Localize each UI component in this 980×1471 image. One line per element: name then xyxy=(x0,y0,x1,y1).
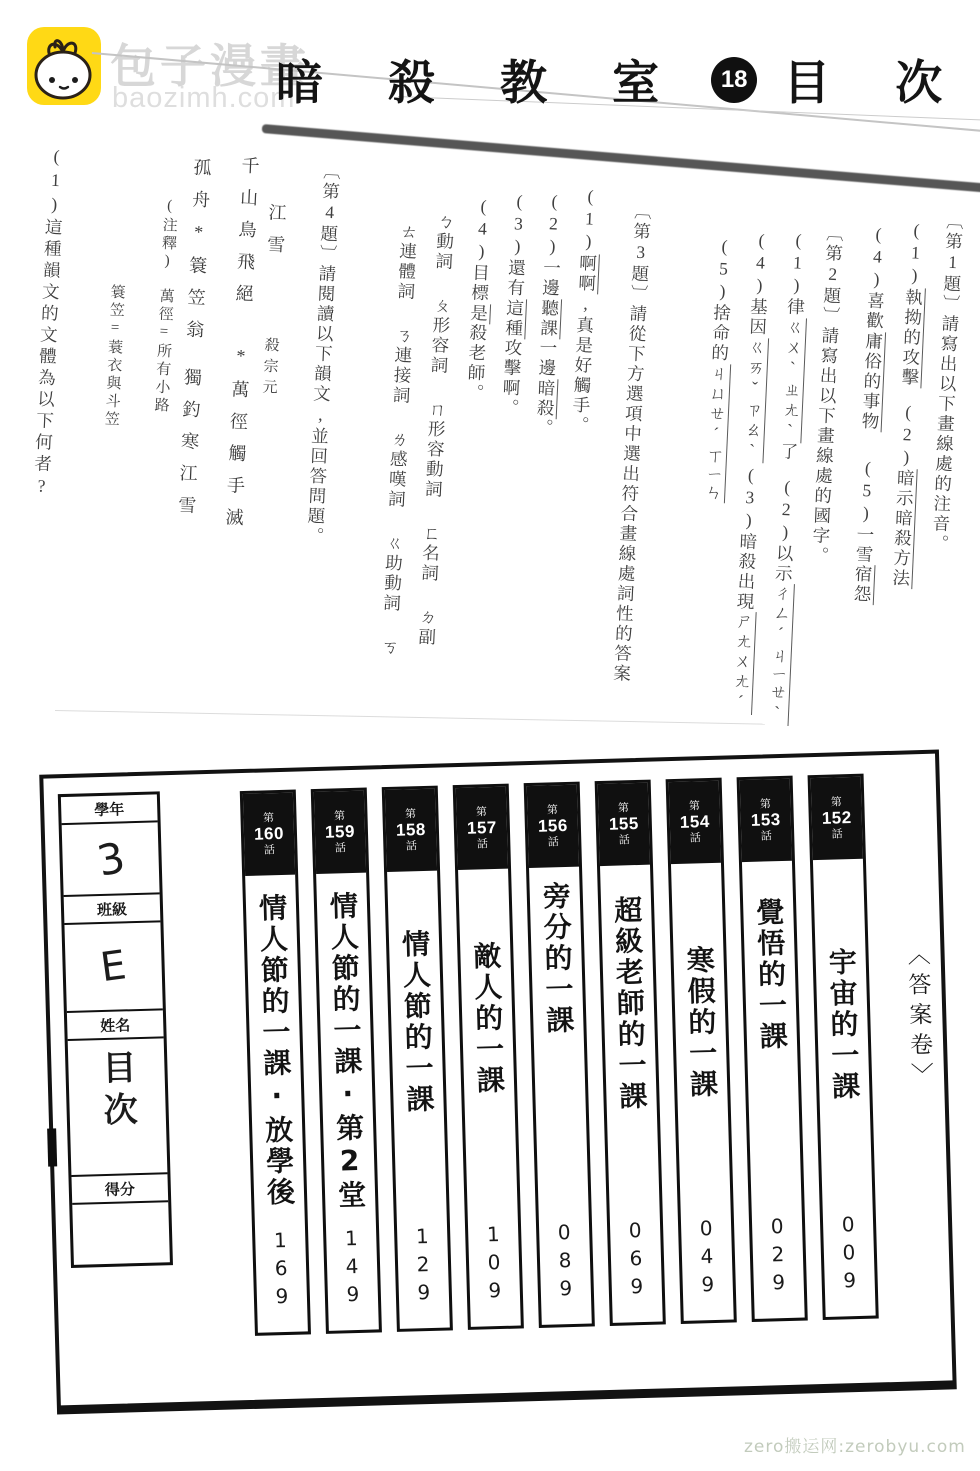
chapter-title: 情人節的一課·放學後 xyxy=(256,875,293,1209)
chapter-title: 覺悟的一課 xyxy=(753,861,786,1053)
exam-q4-question: (1)這種韻文的文體為以下何者? xyxy=(26,145,72,500)
chapter-strips: 第160話 情人節的一課·放學後 169 第159話 情人節的一課·第2堂 14… xyxy=(240,774,879,1336)
exam-q3-item-4: (4)目標是殺老師。 xyxy=(460,195,499,404)
exam-q1-header: 〔第1題〕請寫出以下畫線處的注音。 xyxy=(924,211,970,555)
chapter-number-badge: 第155話 xyxy=(598,783,650,866)
chapter-strip-154: 第154話 寒假的一課 049 xyxy=(666,778,737,1324)
chapter-title: 宇宙的一課 xyxy=(824,859,859,1103)
chapter-number-badge: 第153話 xyxy=(740,779,792,862)
chapter-strip-152: 第152話 宇宙的一課 009 xyxy=(808,774,879,1320)
exam-q2-items-3: (5)捨命的ㄐㄩㄝˊㄒㄧㄣ xyxy=(698,235,740,503)
chapter-strip-157: 第157話 敵人的一課 109 xyxy=(453,784,524,1330)
chapter-title: 情人節的一課 xyxy=(398,871,433,1116)
name-label: 姓名 xyxy=(67,1010,164,1041)
chapter-page-number: 169 xyxy=(268,1228,294,1313)
volume-badge: 18 xyxy=(711,57,757,103)
chapter-title: 寒假的一課 xyxy=(682,863,717,1101)
scan-shadow-streak xyxy=(262,124,980,193)
name-value: 目次 xyxy=(68,1038,168,1177)
grade-value: 3 xyxy=(62,822,160,897)
overlay-page-edge xyxy=(55,710,765,725)
exam-q3-item-1: (1)啊啊,真是好觸手。 xyxy=(565,185,606,436)
chapter-title: 情人節的一課·第2堂 xyxy=(327,873,364,1212)
chapter-number-badge: 第154話 xyxy=(669,781,721,864)
exam-q3-header: 〔第3題〕請從下方選項中選出符合畫線處詞性的答案 xyxy=(606,201,658,684)
toc-answer-sheet: 學年 3 班級 E 姓名 目次 得分 第160話 情人節的一課·放學後 169 … xyxy=(39,750,957,1415)
chapter-strip-158: 第158話 情人節的一課 129 xyxy=(382,786,453,1332)
baozi-bun-graphic xyxy=(27,27,101,105)
manga-toc-page: 包子漫畫 baozimh.com 暗 殺 教 室 18 目 次 〔第1題〕請寫出… xyxy=(0,0,980,1471)
chapter-page-number: 049 xyxy=(694,1216,720,1301)
baozi-bun-icon xyxy=(27,27,101,105)
exam-q3-item-2: (2)一邊聽課一邊暗殺。 xyxy=(529,190,570,439)
class-value: E xyxy=(64,922,162,1013)
score-value xyxy=(72,1202,170,1283)
chapter-number-badge: 第158話 xyxy=(385,789,437,872)
chapter-title: 旁分的一課 xyxy=(540,867,573,1037)
chapter-number-badge: 第156話 xyxy=(527,785,579,868)
class-label: 班級 xyxy=(64,894,161,925)
chapter-number-badge: 第160話 xyxy=(243,793,295,876)
student-info-strip: 學年 3 班級 E 姓名 目次 得分 xyxy=(58,791,173,1268)
poem-title: 江雪 xyxy=(264,203,287,268)
chapter-title: 敵人的一課 xyxy=(469,869,503,1097)
chapter-page-number: 069 xyxy=(623,1218,649,1303)
title-section: 目 次 xyxy=(783,46,968,113)
exam-q3-item-3: (3)還有這種攻擊啊。 xyxy=(495,190,535,419)
chapter-strip-155: 第155話 超級老師的一課 069 xyxy=(595,780,666,1326)
answer-sheet-label: 〈答案卷〉 xyxy=(900,942,937,1093)
chapter-number-badge: 第159話 xyxy=(314,791,366,874)
chapter-strip-160: 第160話 情人節的一課·放學後 169 xyxy=(240,790,311,1336)
chapter-page-number: 109 xyxy=(481,1222,507,1307)
grade-label: 學年 xyxy=(61,794,158,825)
chapter-page-number: 029 xyxy=(765,1214,791,1299)
poem-author: 殺宗元 xyxy=(260,267,282,401)
title-series: 暗 殺 教 室 xyxy=(276,46,685,113)
chapter-title: 超級老師的一課 xyxy=(611,865,646,1113)
poem-note-2: 簑笠=蓑衣與斗笠 xyxy=(95,283,132,429)
chapter-page-number: 129 xyxy=(410,1224,436,1309)
uploader-watermark: zero搬运网:zerobyu.com xyxy=(744,1432,966,1457)
chapter-strip-153: 第153話 覺悟的一課 029 xyxy=(737,776,808,1322)
chapter-page-number: 009 xyxy=(836,1212,862,1297)
chapter-strip-159: 第159話 情人節的一課·第2堂 149 xyxy=(311,788,382,1334)
page-title: 暗 殺 教 室 18 目 次 xyxy=(276,46,968,113)
exam-q4-header: 〔第4題〕請閱讀以下韻文,並回答問題。 xyxy=(300,161,347,547)
score-label: 得分 xyxy=(71,1174,168,1205)
scan-blotch xyxy=(47,1128,57,1166)
chapter-page-number: 149 xyxy=(339,1226,365,1311)
chapter-page-number: 089 xyxy=(552,1220,578,1305)
chapter-number-badge: 第157話 xyxy=(456,787,508,870)
chapter-number-badge: 第152話 xyxy=(811,777,863,860)
site-watermark-domain: baozimh.com xyxy=(112,82,295,115)
chapter-strip-156: 第156話 旁分的一課 089 xyxy=(524,782,595,1328)
